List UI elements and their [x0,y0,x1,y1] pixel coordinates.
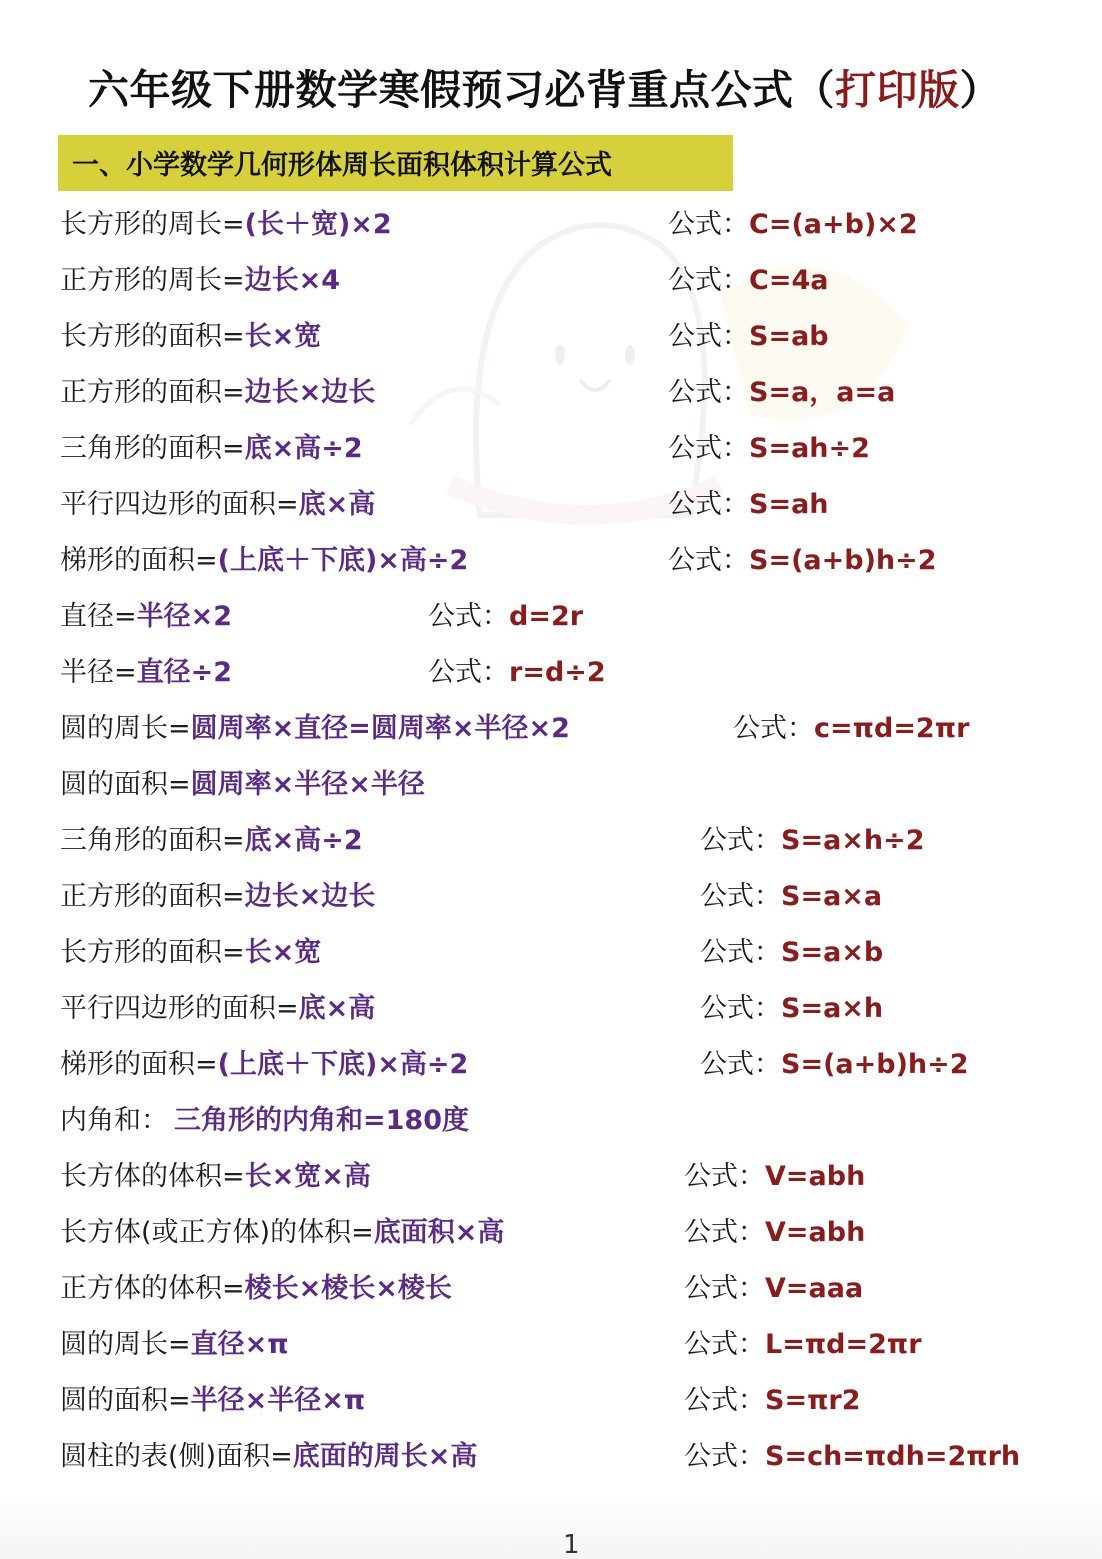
row-definition: (长＋宽)×2 [245,209,392,240]
formula-row: 梯形的面积=(上底＋下底)×高÷2 [60,541,468,581]
formula-label: 公式： [684,1329,765,1360]
formula-row: 三角形的面积=底×高÷2 [60,429,363,469]
row-definition: 长×宽×高 [245,1161,371,1192]
formula-label: 公式： [700,993,781,1024]
row-definition: 边长×边长 [245,881,376,912]
row-label: 长方形的面积= [60,321,245,352]
formula-cell: 公式：r=d÷2 [428,653,606,693]
row-definition: 底×高÷2 [245,825,363,856]
title-close: ） [960,66,1002,114]
row-definition: 底面积×高 [374,1217,505,1248]
formula-row: 长方形的周长=(长＋宽)×2 [60,205,392,245]
formula-label: 公式： [684,1273,765,1304]
formula-value: c=πd=2πr [814,713,969,744]
row-label: 梯形的面积= [60,1049,218,1080]
row-definition: 边长×4 [245,265,340,296]
formula-row: 正方形的周长=边长×4 [60,261,340,301]
formula-value: C=4a [749,265,828,296]
page-footer [0,1495,1102,1559]
formula-cell: 公式：S=a，a=a [668,373,895,413]
section-heading: 一、小学数学几何形体周长面积体积计算公式 [58,135,733,191]
formula-cell: 公式：S=a×h [700,989,883,1029]
row-definition: 三角形的内角和=180度 [174,1105,469,1136]
row-definition: 圆周率×直径=圆周率×半径×2 [191,713,570,744]
formula-row: 梯形的面积=(上底＋下底)×高÷2 [60,1045,468,1085]
formula-label: 公式： [700,881,781,912]
formula-label: 公式： [700,825,781,856]
row-definition: 直径×π [191,1329,289,1360]
formula-value: L=πd=2πr [765,1329,922,1360]
row-definition: 边长×边长 [245,377,376,408]
row-definition: 棱长×棱长×棱长 [245,1273,452,1304]
formula-value: S=a×a [781,881,882,912]
row-label: 长方体的体积= [60,1161,245,1192]
formula-row: 正方形的面积=边长×边长 [60,373,375,413]
row-label: 长方形的周长= [60,209,245,240]
row-label: 正方形的面积= [60,881,245,912]
row-definition: 底×高 [299,489,376,520]
formula-value: S=πr2 [765,1385,861,1416]
formula-label: 公式： [428,657,509,688]
formula-cell: 公式：V=abh [684,1157,865,1197]
formula-cell: 公式：C=4a [668,261,828,301]
row-label: 长方形的面积= [60,937,245,968]
formula-label: 公式： [684,1217,765,1248]
formula-label: 公式： [700,937,781,968]
row-definition: (上底＋下底)×高÷2 [218,545,469,576]
formula-row: 长方形的面积=长×宽 [60,933,321,973]
formula-cell: 公式：S=a×h÷2 [700,821,925,861]
formula-row: 正方形的面积=边长×边长 [60,877,375,917]
page-number: 1 [563,1530,580,1559]
row-label: 梯形的面积= [60,545,218,576]
formula-row: 长方体的体积=长×宽×高 [60,1157,371,1197]
row-definition: 长×宽 [245,321,322,352]
formula-value: S=a×b [781,937,883,968]
formula-label: 公式： [733,713,814,744]
formula-value: S=ab [749,321,829,352]
formula-value: S=(a+b)h÷2 [749,545,937,576]
row-label: 内角和： [60,1105,168,1136]
formula-cell: 公式：S=a×a [700,877,882,917]
formula-row: 圆的面积=圆周率×半径×半径 [60,765,425,805]
row-definition: 半径×2 [137,601,232,632]
title-accent: 打印版 [835,66,960,114]
row-label: 圆的面积= [60,1385,191,1416]
formula-row: 平行四边形的面积=底×高 [60,485,375,525]
row-label: 正方形的周长= [60,265,245,296]
document-page: 六年级下册数学寒假预习必背重点公式（打印版） 一、小学数学几何形体周长面积体积计… [0,0,1102,1559]
row-definition: 长×宽 [245,937,322,968]
formula-label: 公式： [668,489,749,520]
row-definition: 直径÷2 [137,657,232,688]
formula-row: 圆的周长=直径×π [60,1325,289,1365]
formula-cell: 公式：S=πr2 [684,1381,861,1421]
formula-row: 圆的周长=圆周率×直径=圆周率×半径×2 [60,709,570,749]
row-definition: 底×高÷2 [245,433,363,464]
formula-cell: 公式：S=(a+b)h÷2 [668,541,937,581]
page-title: 六年级下册数学寒假预习必背重点公式（打印版） [88,62,1001,118]
row-definition: (上底＋下底)×高÷2 [218,1049,469,1080]
formula-row: 圆的面积=半径×半径×π [60,1381,365,1421]
formula-cell: 公式：d=2r [428,597,583,637]
formula-label: 公式： [668,265,749,296]
formula-cell: 公式：S=ab [668,317,829,357]
row-label: 三角形的面积= [60,433,245,464]
row-label: 圆的周长= [60,1329,191,1360]
formula-value: d=2r [509,601,583,632]
formula-label: 公式： [684,1441,765,1472]
formula-cell: 公式：L=πd=2πr [684,1325,922,1365]
formula-row: 三角形的面积=底×高÷2 [60,821,363,861]
formula-cell: 公式：V=aaa [684,1269,863,1309]
row-label: 圆的周长= [60,713,191,744]
formula-value: V=abh [765,1161,865,1192]
formula-value: V=abh [765,1217,865,1248]
formula-row: 正方体的体积=棱长×棱长×棱长 [60,1269,452,1309]
formula-value: S=(a+b)h÷2 [781,1049,969,1080]
formula-cell: 公式：S=a×b [700,933,883,973]
formula-cell: 公式：S=ah [668,485,829,525]
formula-label: 公式： [668,321,749,352]
formula-row: 直径=半径×2 [60,597,232,637]
formula-label: 公式： [684,1385,765,1416]
formula-value: S=a×h÷2 [781,825,925,856]
formula-value: S=ch=πdh=2πrh [765,1441,1020,1472]
formula-label: 公式： [668,433,749,464]
formula-value: V=aaa [765,1273,863,1304]
row-label: 半径= [60,657,137,688]
formula-value: S=a×h [781,993,883,1024]
formula-row: 内角和：三角形的内角和=180度 [60,1101,469,1141]
row-label: 圆的面积= [60,769,191,800]
formula-value: S=ah [749,489,829,520]
row-definition: 底面的周长×高 [293,1441,478,1472]
formula-row: 平行四边形的面积=底×高 [60,989,375,1029]
row-label: 平行四边形的面积= [60,993,299,1024]
formula-value: r=d÷2 [509,657,606,688]
formula-value: S=a，a=a [749,377,895,408]
formula-value: S=ah÷2 [749,433,870,464]
formula-cell: 公式：S=(a+b)h÷2 [700,1045,969,1085]
row-definition: 底×高 [299,993,376,1024]
formula-label: 公式： [668,377,749,408]
formula-label: 公式： [700,1049,781,1080]
title-main: 六年级下册数学寒假预习必背重点公式（ [88,66,835,114]
formula-label: 公式： [668,209,749,240]
row-definition: 半径×半径×π [191,1385,366,1416]
formula-cell: 公式：V=abh [684,1213,865,1253]
formula-cell: 公式：S=ah÷2 [668,429,870,469]
row-label: 圆柱的表(侧)面积= [60,1441,293,1472]
formula-label: 公式： [668,545,749,576]
row-label: 平行四边形的面积= [60,489,299,520]
formula-row: 半径=直径÷2 [60,653,232,693]
formula-value: C=(a+b)×2 [749,209,918,240]
formula-cell: 公式：c=πd=2πr [733,709,969,749]
row-definition: 圆周率×半径×半径 [191,769,425,800]
formula-row: 长方形的面积=长×宽 [60,317,321,357]
row-label: 长方体(或正方体)的体积= [60,1217,374,1248]
formula-cell: 公式：S=ch=πdh=2πrh [684,1437,1020,1477]
formula-row: 圆柱的表(侧)面积=底面的周长×高 [60,1437,477,1477]
row-label: 正方体的体积= [60,1273,245,1304]
row-label: 三角形的面积= [60,825,245,856]
formula-cell: 公式：C=(a+b)×2 [668,205,918,245]
row-label: 直径= [60,601,137,632]
row-label: 正方形的面积= [60,377,245,408]
formula-row: 长方体(或正方体)的体积=底面积×高 [60,1213,504,1253]
formula-label: 公式： [428,601,509,632]
formula-label: 公式： [684,1161,765,1192]
